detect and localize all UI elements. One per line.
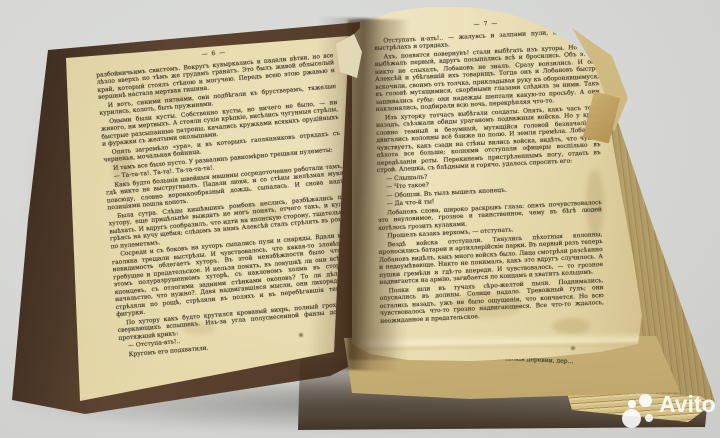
text-paragraph: Изъ хуторку тотчасъ выбѣгали солдаты. Оп…	[376, 104, 601, 175]
right-page-paragraphs: Отступать и-ать!.. — жалуясь и залпами п…	[374, 27, 604, 325]
avito-logo-dot-small-top-left	[628, 400, 636, 408]
avito-logo-dot-top-right	[639, 394, 652, 407]
avito-watermark-text: Avito	[659, 391, 716, 418]
avito-watermark: Avito	[618, 390, 720, 434]
avito-logo-dot-large-bottom-left	[622, 409, 641, 428]
avito-logo-dot-small-bottom-right	[645, 414, 653, 422]
photo-open-antique-book: — стали опять быть. Уже не китайскія дер…	[0, 0, 720, 438]
right-page-text: — 7 — Отступать и-ать!.. — жалуясь и зал…	[374, 15, 605, 352]
